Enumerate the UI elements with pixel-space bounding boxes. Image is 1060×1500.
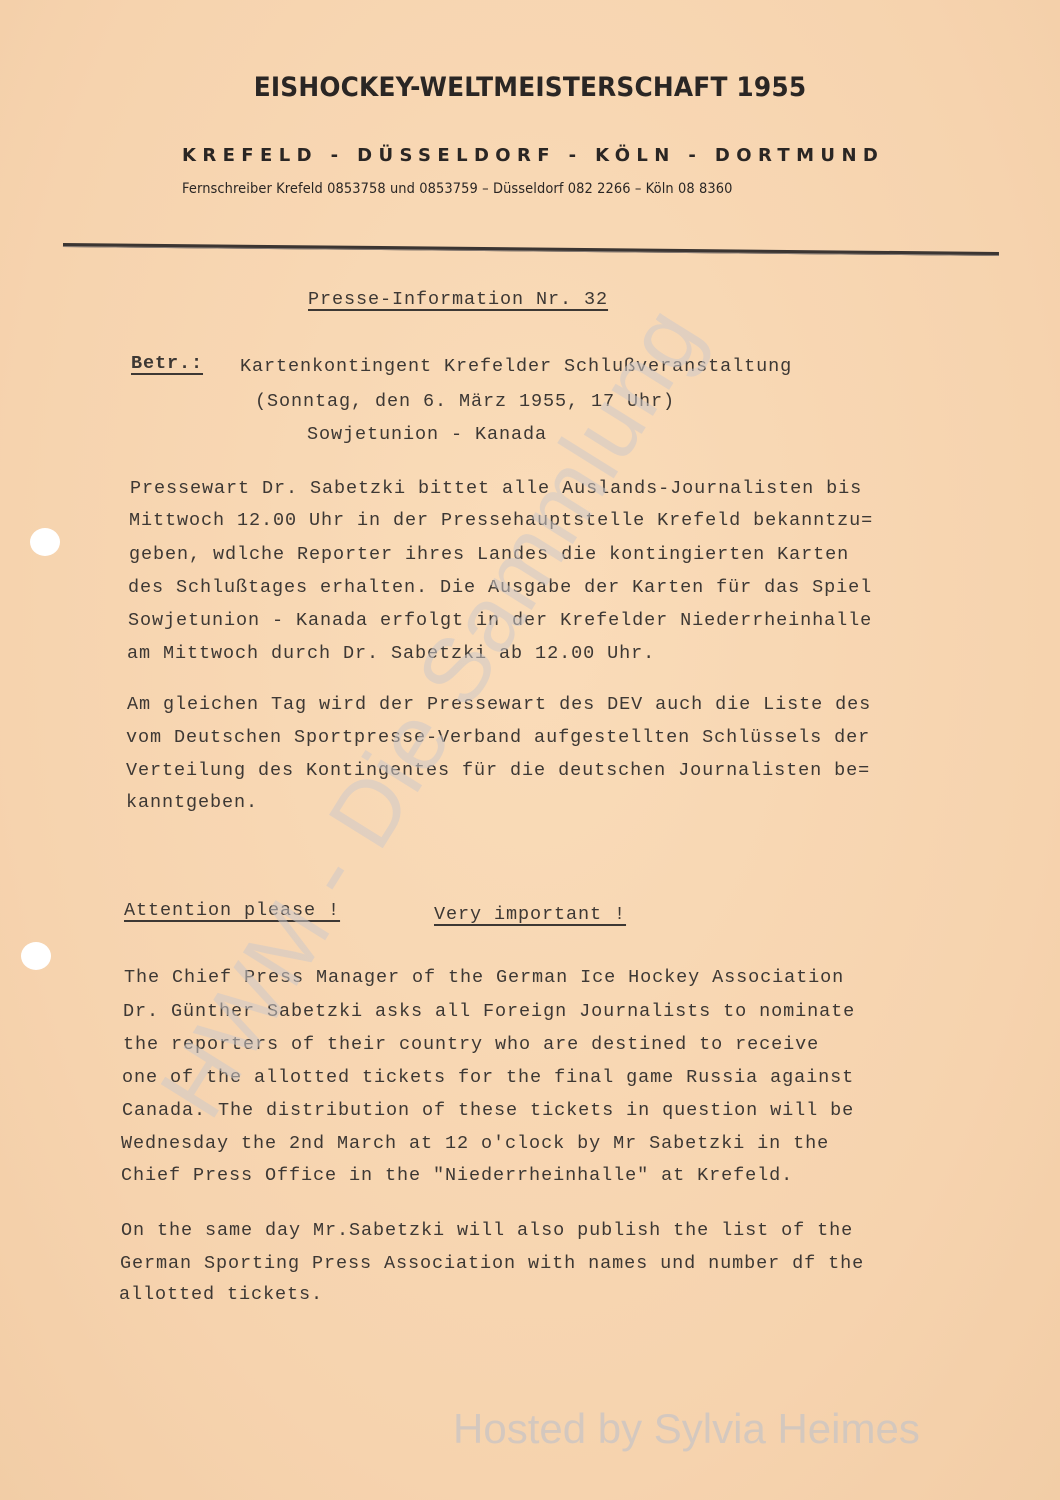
letterhead-title: EISHOCKEY-WELTMEISTERSCHAFT 1955 — [42, 72, 1017, 103]
footer-watermark: Hosted by Sylvia Heimes — [453, 1405, 920, 1453]
document-heading: Presse-Information Nr. 32 — [308, 289, 608, 310]
subject-line: Sowjetunion - Kanada — [307, 424, 547, 445]
text-line: Chief Press Office in the "Niederrheinha… — [121, 1165, 793, 1186]
letterhead-divider — [63, 243, 999, 256]
text-line: Wednesday the 2nd March at 12 o'clock by… — [121, 1133, 829, 1154]
text-line: Verteilung des Kontingentes für die deut… — [126, 760, 870, 781]
very-important: Very important ! — [434, 904, 626, 925]
text-line: Pressewart Dr. Sabetzki bittet alle Ausl… — [130, 478, 862, 499]
letterhead-cities: KREFELD - DÜSSELDORF - KÖLN - DORTMUND — [182, 145, 884, 166]
text-line: vom Deutschen Sportpresse-Verband aufges… — [126, 727, 870, 748]
text-line: kanntgeben. — [126, 792, 258, 813]
subject-label: Betr.: — [131, 353, 203, 374]
text-line: am Mittwoch durch Dr. Sabetzki ab 12.00 … — [127, 643, 655, 664]
punch-hole-top — [30, 528, 60, 556]
text-line: On the same day Mr.Sabetzki will also pu… — [121, 1220, 853, 1241]
letterhead-contact: Fernschreiber Krefeld 0853758 und 085375… — [182, 181, 733, 197]
text-line: allotted tickets. — [119, 1284, 323, 1305]
punch-hole-bottom — [21, 942, 51, 970]
text-line: German Sporting Press Association with n… — [120, 1253, 864, 1274]
